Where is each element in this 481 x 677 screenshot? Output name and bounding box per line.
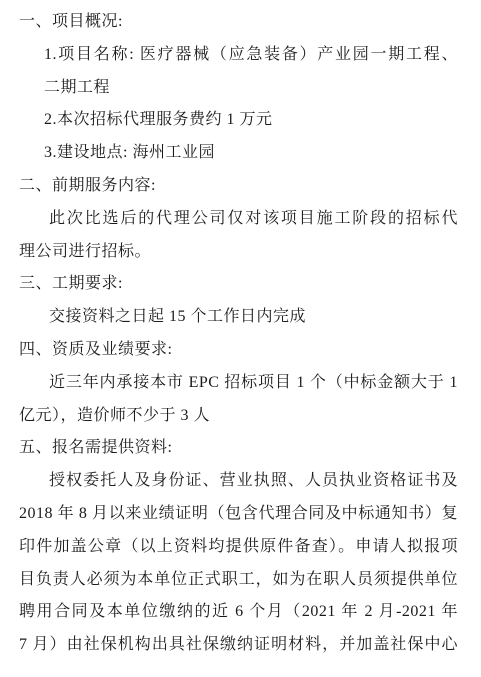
section-heading: 三、工期要求: [19, 268, 458, 301]
text-line: 印件加盖公章（以上资料均提供原件备查）。申请人拟报项 [19, 531, 458, 564]
text-line: 聘用合同及本单位缴纳的近 6 个月（2021 年 2 月-2021 年 [19, 596, 458, 629]
text-line: 亿元），造价师不少于 3 人 [19, 400, 458, 433]
text-line: 二期工程 [19, 72, 458, 105]
text-line: 理公司进行招标。 [19, 236, 458, 269]
text-line: 3.建设地点: 海州工业园 [19, 137, 458, 170]
section-heading: 五、报名需提供资料: [19, 432, 458, 465]
text-line: 此次比选后的代理公司仅对该项目施工阶段的招标代 [19, 203, 458, 236]
text-line: 授权委托人及身份证、营业执照、人员执业资格证书及 [19, 465, 458, 498]
text-line: 交接资料之日起 15 个工作日内完成 [19, 301, 458, 334]
document-body: 一、项目概况:1.项目名称: 医疗器械（应急装备）产业园一期工程、二期工程2.本… [0, 0, 481, 662]
section-heading: 二、前期服务内容: [19, 170, 458, 203]
document-page: 一、项目概况:1.项目名称: 医疗器械（应急装备）产业园一期工程、二期工程2.本… [0, 0, 481, 677]
text-line: 2018 年 8 月以来业绩证明（包含代理合同及中标通知书）复 [19, 498, 458, 531]
text-line: 2.本次招标代理服务费约 1 万元 [19, 104, 458, 137]
section-heading: 一、项目概况: [19, 6, 458, 39]
text-line: 近三年内承接本市 EPC 招标项目 1 个（中标金额大于 1 [19, 367, 458, 400]
text-line: 7 月）由社保机构出具社保缴纳证明材料，并加盖社保中心 [19, 629, 458, 662]
text-line: 1.项目名称: 医疗器械（应急装备）产业园一期工程、 [19, 39, 458, 72]
section-heading: 四、资质及业绩要求: [19, 334, 458, 367]
text-line: 目负责人必须为本单位正式职工，如为在职人员须提供单位 [19, 564, 458, 597]
